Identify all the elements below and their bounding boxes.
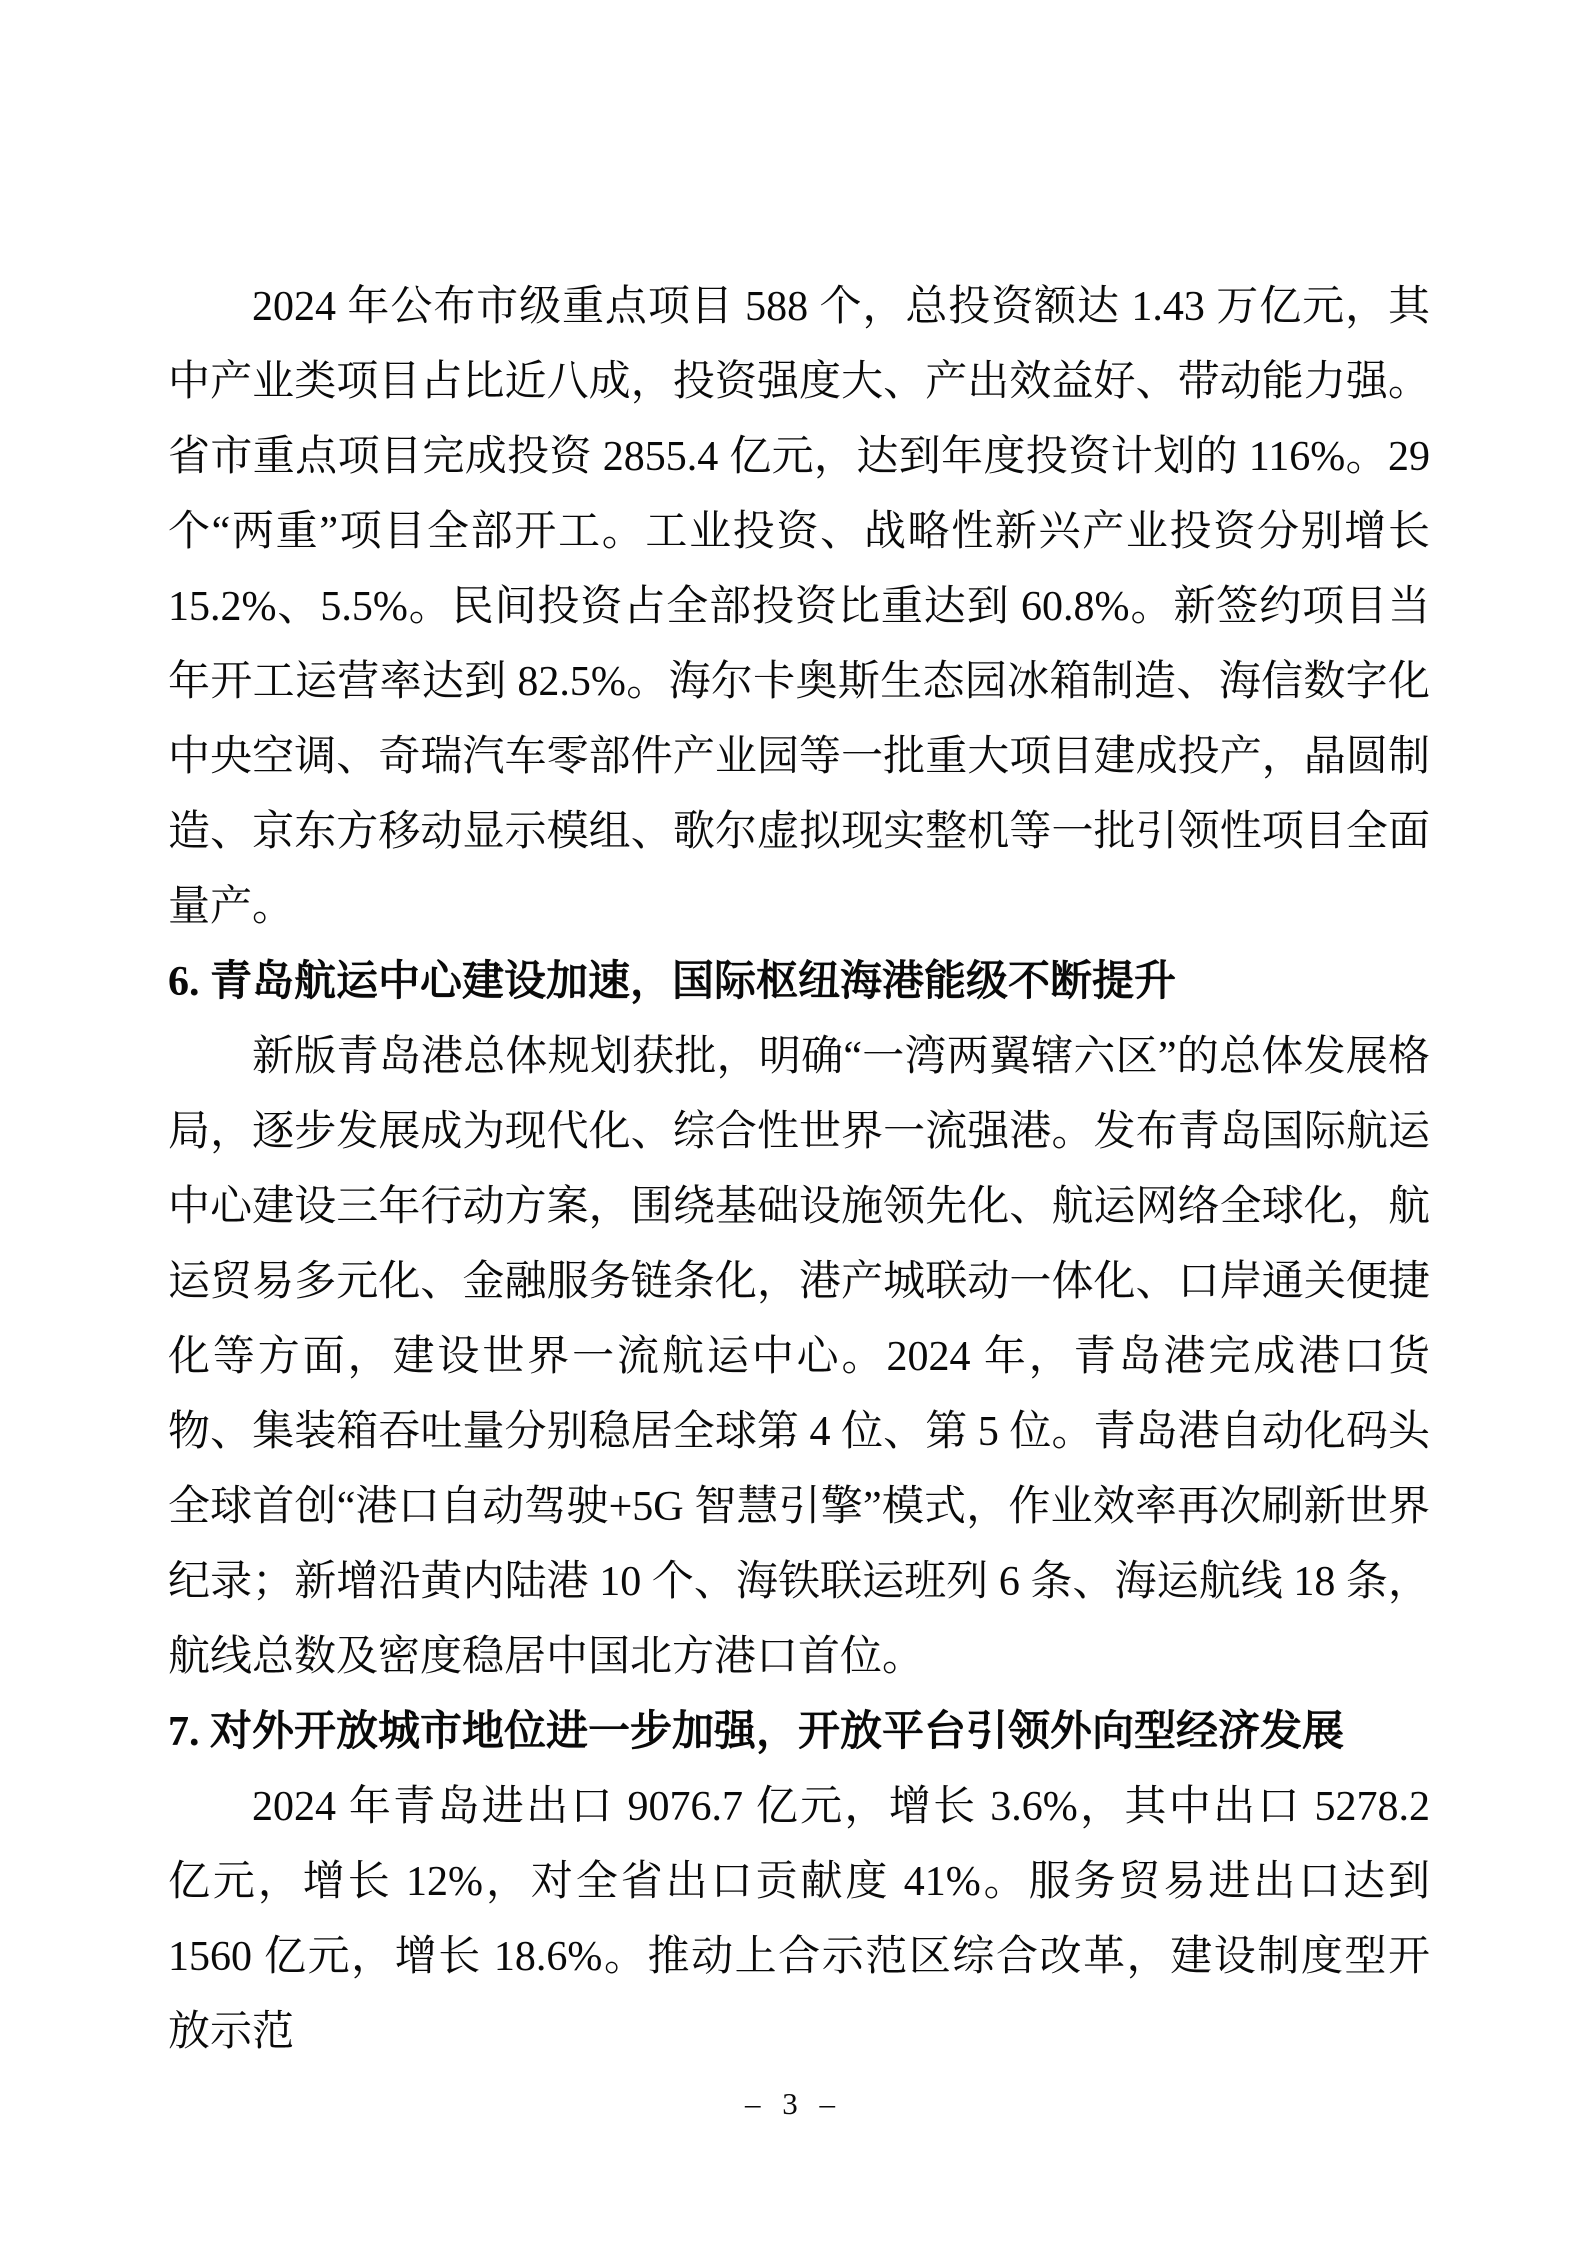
page-footer: – 3 – (0, 2086, 1587, 2122)
section-heading: 7. 对外开放城市地位进一步加强，开放平台引领外向型经济发展 (168, 1695, 1430, 1770)
body-paragraph: 2024 年青岛进出口 9076.7 亿元，增长 3.6%，其中出口 5278.… (168, 1770, 1430, 2070)
body-paragraph: 新版青岛港总体规划获批，明确“一湾两翼辖六区”的总体发展格局，逐步发展成为现代化… (168, 1020, 1430, 1695)
body-paragraph: 2024 年公布市级重点项目 588 个，总投资额达 1.43 万亿元，其中产业… (168, 270, 1430, 945)
page-number: – 3 – (745, 2086, 842, 2121)
document-body: 2024 年公布市级重点项目 588 个，总投资额达 1.43 万亿元，其中产业… (168, 270, 1430, 2070)
document-page: 2024 年公布市级重点项目 588 个，总投资额达 1.43 万亿元，其中产业… (0, 0, 1587, 2245)
section-heading: 6. 青岛航运中心建设加速，国际枢纽海港能级不断提升 (168, 945, 1430, 1020)
